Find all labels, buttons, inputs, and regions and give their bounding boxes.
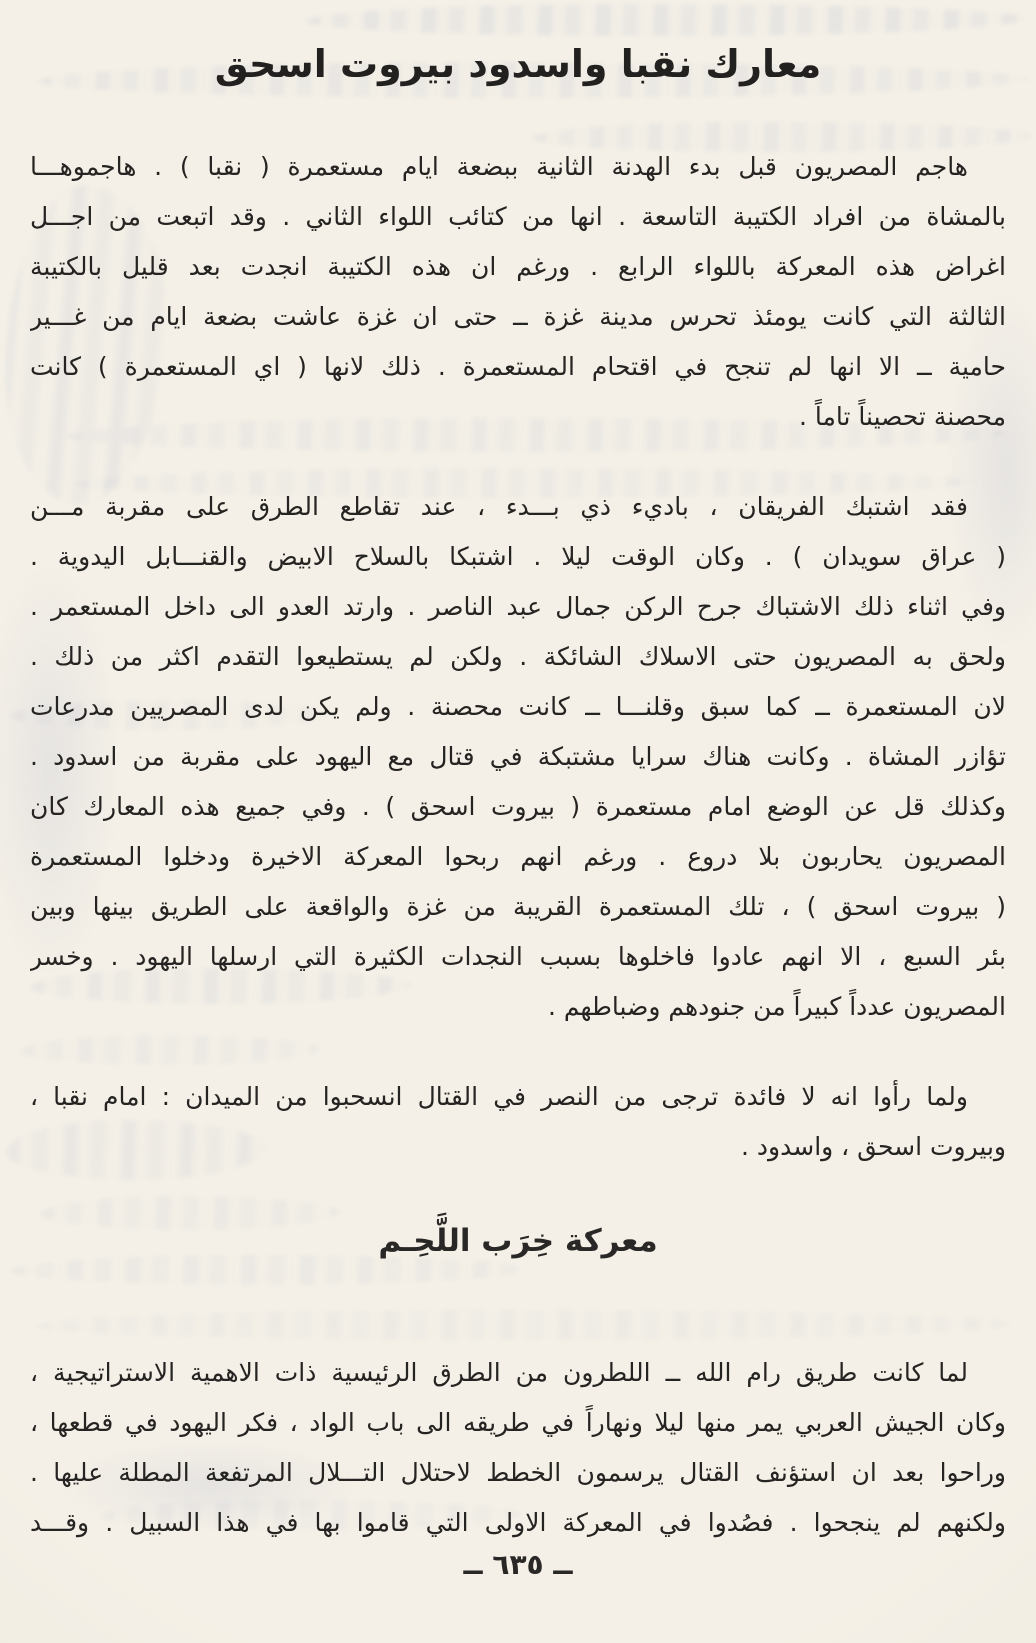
text-column: هاجم المصريون قبل بدء الهدنة الثانية ببض…	[30, 142, 1006, 1588]
text-line: بئر السبع ، الا انهم عادوا فاخلوها بسبب …	[30, 932, 1006, 982]
text-line: حامية ــ الا انها لم تنجح في اقتحام المس…	[30, 342, 1006, 392]
text-line: وبيروت اسحق ، واسدود .	[30, 1122, 1006, 1172]
bleed-through-noise	[306, 4, 1026, 36]
text-line: ( بيروت اسحق ) ، تلك المستعمرة القريبة م…	[30, 882, 1006, 932]
text-line: ولكنهم لم ينجحوا . فصُدوا في المعركة الا…	[30, 1498, 1006, 1548]
book-page: معارك نقبا واسدود بيروت اسحق هاجم المصري…	[0, 0, 1036, 1643]
text-line: هاجم المصريون قبل بدء الهدنة الثانية ببض…	[30, 142, 1006, 192]
page-number: ــ ٦٣٥ ــ	[0, 1548, 1036, 1581]
text-line: تؤازر المشاة . وكانت هناك سرايا مشتبكة ف…	[30, 732, 1006, 782]
text-line: المصريون يحاربون بلا دروع . ورغم انهم رب…	[30, 832, 1006, 882]
text-line: فقد اشتبك الفريقان ، باديء ذي بـــدء ، ع…	[30, 482, 1006, 532]
text-line: الثالثة التي كانت يومئذ تحرس مدينة غزة ـ…	[30, 292, 1006, 342]
paragraph: هاجم المصريون قبل بدء الهدنة الثانية ببض…	[30, 142, 1006, 442]
text-line: وفي اثناء ذلك الاشتباك جرح الركن جمال عب…	[30, 582, 1006, 632]
text-line: لما كانت طريق رام الله ــ اللطرون من الط…	[30, 1348, 1006, 1398]
text-line: اغراض هذه المعركة باللواء الرابع . ورغم …	[30, 242, 1006, 292]
text-line: لان المستعمرة ــ كما سبق وقلنـــا ــ كان…	[30, 682, 1006, 732]
text-line: ( عراق سويدان ) . وكان الوقت ليلا . اشتب…	[30, 532, 1006, 582]
text-line: محصنة تحصيناً تاماً .	[30, 392, 1006, 442]
text-line: وكذلك قل عن الوضع امام مستعمرة ( بيروت ا…	[30, 782, 1006, 832]
text-line: ولما رأوا انه لا فائدة ترجى من النصر في …	[30, 1072, 1006, 1122]
text-line: وكان الجيش العربي يمر منها ليلا ونهاراً …	[30, 1398, 1006, 1448]
section-heading: معركة خِرَب اللَّحِـم	[30, 1212, 1006, 1270]
page-title: معارك نقبا واسدود بيروت اسحق	[0, 42, 1036, 86]
text-line: وراحوا بعد ان استؤنف القتال يرسمون الخطط…	[30, 1448, 1006, 1498]
text-line: ولحق به المصريون حتى الاسلاك الشائكة . و…	[30, 632, 1006, 682]
paragraph: فقد اشتبك الفريقان ، باديء ذي بـــدء ، ع…	[30, 482, 1006, 1032]
text-line: بالمشاة من افراد الكتيبة التاسعة . انها …	[30, 192, 1006, 242]
paragraph: ولما رأوا انه لا فائدة ترجى من النصر في …	[30, 1072, 1006, 1172]
paragraph: لما كانت طريق رام الله ــ اللطرون من الط…	[30, 1348, 1006, 1548]
text-line: المصريون عدداً كبيراً من جنودهم وضباطهم …	[30, 982, 1006, 1032]
